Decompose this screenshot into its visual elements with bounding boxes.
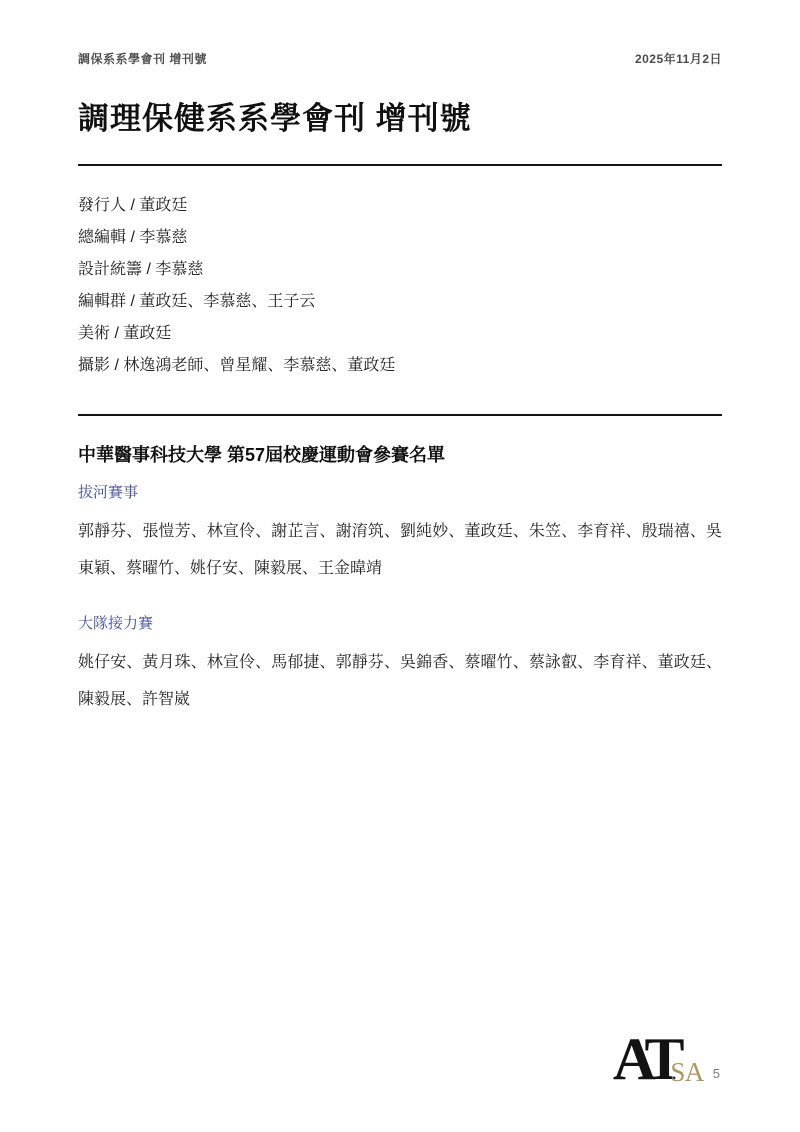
header-date: 2025年11月2日 bbox=[635, 50, 722, 67]
event-label-relay: 大隊接力賽 bbox=[78, 613, 722, 635]
atsa-logo-sa: SA bbox=[670, 1062, 703, 1084]
page-header: 調保系系學會刊 增刊號 2025年11月2日 bbox=[78, 50, 722, 67]
page-title: 調理保健系系學會刊 增刊號 bbox=[78, 100, 722, 139]
header-publication-name: 調保系系學會刊 增刊號 bbox=[78, 50, 207, 67]
event-label-tug-of-war: 拔河賽事 bbox=[78, 482, 722, 504]
credit-chief-editor: 總編輯 / 李慕慈 bbox=[78, 222, 722, 254]
credit-photography: 攝影 / 林逸鴻老師、曾星耀、李慕慈、董政廷 bbox=[78, 350, 722, 382]
page-number: 5 bbox=[713, 1067, 720, 1084]
roster-heading: 中華醫事科技大學 第57屆校慶運動會參賽名單 bbox=[78, 442, 722, 468]
credit-editorial-group: 編輯群 / 董政廷、李慕慈、王子云 bbox=[78, 286, 722, 318]
credit-art: 美術 / 董政廷 bbox=[78, 318, 722, 350]
divider-middle bbox=[78, 414, 722, 416]
document-page: 調保系系學會刊 增刊號 2025年11月2日 調理保健系系學會刊 增刊號 發行人… bbox=[0, 0, 800, 1132]
roster-names-relay: 姚仔安、黃月珠、林宣伶、馬郁捷、郭靜芬、吳錦香、蔡曜竹、蔡詠叡、李育祥、董政廷、… bbox=[78, 644, 722, 718]
atsa-logo-at: AT bbox=[613, 1035, 678, 1084]
credits-list: 發行人 / 董政廷 總編輯 / 李慕慈 設計統籌 / 李慕慈 編輯群 / 董政廷… bbox=[78, 190, 722, 382]
credit-design-coordinator: 設計統籌 / 李慕慈 bbox=[78, 254, 722, 286]
divider-top bbox=[78, 164, 722, 166]
credit-publisher: 發行人 / 董政廷 bbox=[78, 190, 722, 222]
footer-brand: AT SA 5 bbox=[613, 1035, 720, 1084]
roster-names-tug-of-war: 郭靜芬、張愷芳、林宣伶、謝芷言、謝淯筑、劉純妙、董政廷、朱笠、李育祥、殷瑞禧、吳… bbox=[78, 513, 722, 587]
